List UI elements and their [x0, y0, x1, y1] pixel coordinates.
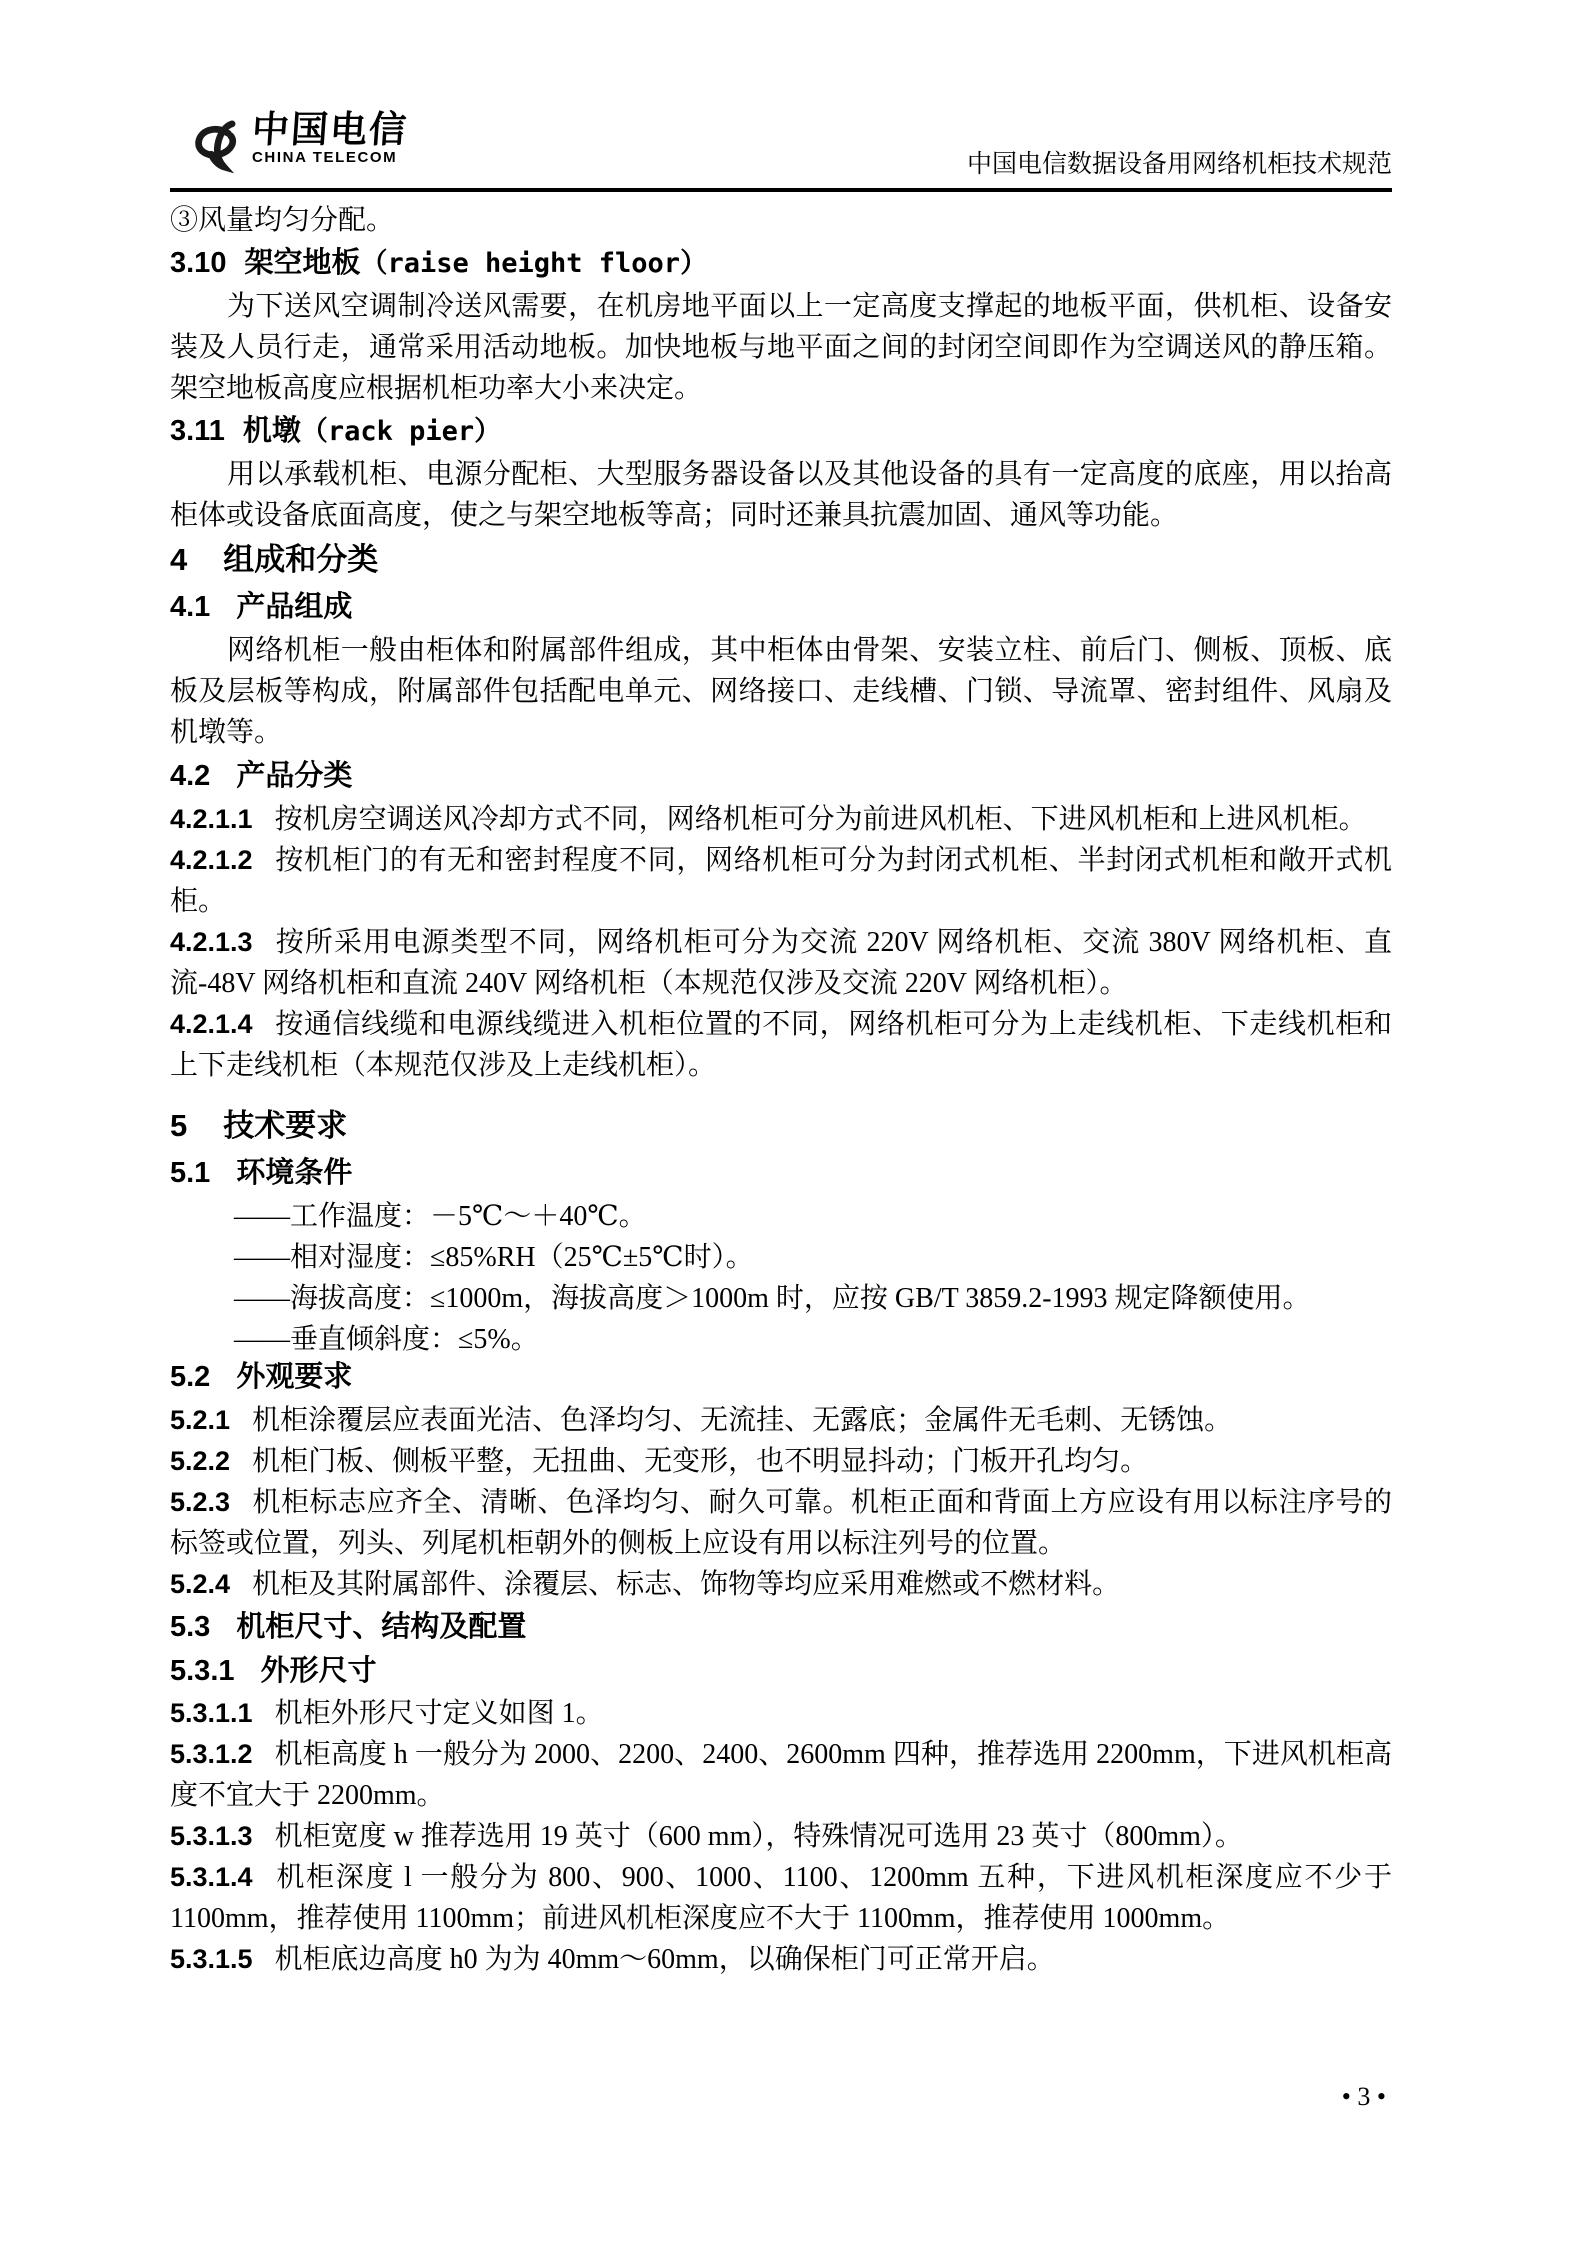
heading-title: 技术要求 — [223, 1108, 347, 1143]
heading-3-10: 3.10架空地板（raise height floor） — [170, 241, 1392, 286]
clause-number: 5.3.1.5 — [170, 1944, 253, 1974]
clause-number: 5.2.4 — [170, 1569, 230, 1599]
clause-5-3-1-3: 5.3.1.3机柜宽度 w 推荐选用 19 英寸（600 mm），特殊情况可选用… — [170, 1816, 1392, 1857]
heading-3-11: 3.11机墩（rack pier） — [170, 409, 1392, 454]
header-document-title: 中国电信数据设备用网络机柜技术规范 — [967, 150, 1392, 180]
heading-number: 4 — [170, 542, 187, 577]
heading-title-english: （rack pier） — [301, 416, 501, 447]
clause-4-2-1-3: 4.2.1.3按所采用电源类型不同，网络机柜可分为交流 220V 网络机柜、交流… — [170, 922, 1392, 1004]
clause-number: 5.3.1.2 — [170, 1739, 253, 1769]
clause-5-2-3: 5.2.3机柜标志应齐全、清晰、色泽均匀、耐久可靠。机柜正面和背面上方应设有用以… — [170, 1482, 1392, 1564]
clause-number: 4.2.1.1 — [170, 804, 253, 834]
heading-title: 外形尺寸 — [261, 1655, 377, 1687]
clause-4-2-1-2: 4.2.1.2按机柜门的有无和密封程度不同，网络机柜可分为封闭式机柜、半封闭式机… — [170, 840, 1392, 922]
heading-number: 3.11 — [170, 415, 225, 447]
clause-text: 机柜外形尺寸定义如图 1。 — [275, 1698, 604, 1729]
clause-text: 按机房空调送风冷却方式不同，网络机柜可分为前进风机柜、下进风机柜和上进风机柜。 — [275, 804, 1367, 835]
china-telecom-logo: 中国电信 CHINA TELECOM — [192, 110, 408, 176]
clause-number: 4.2.1.2 — [170, 845, 253, 875]
heading-5-1: 5.1环境条件 — [170, 1150, 1392, 1196]
heading-number: 3.10 — [170, 247, 226, 279]
heading-title-english: （raise height floor） — [360, 248, 707, 279]
env-condition-temperature: ——工作温度：－5℃～＋40℃。 — [170, 1196, 1392, 1237]
logo-text-block: 中国电信 CHINA TELECOM — [252, 110, 408, 166]
heading-5: 5技术要求 — [170, 1102, 1392, 1150]
heading-number: 4.1 — [170, 591, 210, 623]
env-condition-humidity: ——相对湿度：≤85%RH（25℃±5℃时）。 — [170, 1237, 1392, 1278]
heading-title: 架空地板 — [244, 247, 360, 279]
clause-number: 4.2.1.4 — [170, 1009, 253, 1039]
heading-4-1: 4.1产品组成 — [170, 584, 1392, 630]
heading-title: 机墩 — [243, 415, 301, 447]
paragraph-3-11: 用以承载机柜、电源分配柜、大型服务器设备以及其他设备的具有一定高度的底座，用以抬… — [170, 454, 1392, 536]
clause-number: 5.3.1.4 — [170, 1862, 253, 1892]
heading-number: 4.2 — [170, 760, 210, 792]
clause-text: 按所采用电源类型不同，网络机柜可分为交流 220V 网络机柜、交流 380V 网… — [170, 927, 1392, 999]
heading-title: 机柜尺寸、结构及配置 — [236, 1611, 526, 1643]
clause-text: 机柜高度 h 一般分为 2000、2200、2400、2600mm 四种，推荐选… — [170, 1739, 1392, 1811]
clause-text: 机柜底边高度 h0 为为 40mm～60mm，以确保柜门可正常开启。 — [275, 1944, 1055, 1975]
clause-number: 5.2.3 — [170, 1487, 230, 1517]
clause-text: 按机柜门的有无和密封程度不同，网络机柜可分为封闭式机柜、半封闭式机柜和敞开式机柜… — [170, 845, 1392, 917]
clause-5-3-1-2: 5.3.1.2机柜高度 h 一般分为 2000、2200、2400、2600mm… — [170, 1734, 1392, 1816]
heading-title: 环境条件 — [236, 1157, 352, 1189]
env-condition-altitude: ——海拔高度：≤1000m，海拔高度＞1000m 时，应按 GB/T 3859.… — [170, 1278, 1392, 1319]
clause-number: 5.2.2 — [170, 1446, 230, 1476]
logo-chinese-name: 中国电信 — [251, 110, 410, 148]
heading-title: 外观要求 — [236, 1361, 352, 1393]
clause-5-3-1-4: 5.3.1.4机柜深度 l 一般分为 800、900、1000、1100、120… — [170, 1857, 1392, 1939]
clause-4-2-1-4: 4.2.1.4按通信线缆和电源线缆进入机柜位置的不同，网络机柜可分为上走线机柜、… — [170, 1004, 1392, 1086]
heading-5-3-1: 5.3.1外形尺寸 — [170, 1649, 1392, 1693]
clause-text: 机柜涂覆层应表面光洁、色泽均匀、无流挂、无露底；金属件无毛刺、无锈蚀。 — [252, 1405, 1232, 1436]
heading-4: 4组成和分类 — [170, 536, 1392, 584]
paragraph-3-10: 为下送风空调制冷送风需要，在机房地平面以上一定高度支撑起的地板平面，供机柜、设备… — [170, 286, 1392, 409]
heading-title: 组成和分类 — [223, 542, 378, 577]
clause-number: 5.3.1.3 — [170, 1821, 253, 1851]
heading-title: 产品组成 — [236, 591, 352, 623]
heading-number: 5.3.1 — [170, 1655, 235, 1687]
page-number: • 3 • — [1342, 2082, 1386, 2112]
heading-5-3: 5.3机柜尺寸、结构及配置 — [170, 1605, 1392, 1649]
document-page: 中国电信 CHINA TELECOM 中国电信数据设备用网络机柜技术规范 ③风量… — [0, 0, 1586, 2244]
header-divider — [170, 188, 1392, 192]
logo-english-name: CHINA TELECOM — [252, 149, 408, 166]
clause-text: 机柜门板、侧板平整，无扭曲、无变形，也不明显抖动；门板开孔均匀。 — [252, 1446, 1148, 1477]
paragraph-4-1: 网络机柜一般由柜体和附属部件组成，其中柜体由骨架、安装立柱、前后门、侧板、顶板、… — [170, 630, 1392, 753]
clause-number: 4.2.1.3 — [170, 927, 253, 957]
heading-number: 5.2 — [170, 1361, 210, 1393]
clause-4-2-1-1: 4.2.1.1按机房空调送风冷却方式不同，网络机柜可分为前进风机柜、下进风机柜和… — [170, 799, 1392, 840]
clause-text: 机柜标志应齐全、清晰、色泽均匀、耐久可靠。机柜正面和背面上方应设有用以标注序号的… — [170, 1487, 1392, 1559]
clause-text: 机柜宽度 w 推荐选用 19 英寸（600 mm），特殊情况可选用 23 英寸（… — [275, 1821, 1243, 1852]
clause-text: 机柜及其附属部件、涂覆层、标志、饰物等均应采用难燃或不燃材料。 — [252, 1569, 1120, 1600]
china-telecom-emblem-icon — [192, 114, 244, 176]
clause-5-3-1-5: 5.3.1.5机柜底边高度 h0 为为 40mm～60mm，以确保柜门可正常开启… — [170, 1939, 1392, 1980]
heading-number: 5.1 — [170, 1157, 210, 1189]
clause-5-2-2: 5.2.2机柜门板、侧板平整，无扭曲、无变形，也不明显抖动；门板开孔均匀。 — [170, 1441, 1392, 1482]
clause-number: 5.3.1.1 — [170, 1698, 253, 1728]
heading-number: 5.3 — [170, 1611, 210, 1643]
document-body: ③风量均匀分配。 3.10架空地板（raise height floor） 为下… — [170, 200, 1392, 1980]
clause-number: 5.2.1 — [170, 1405, 230, 1435]
clause-text: 机柜深度 l 一般分为 800、900、1000、1100、1200mm 五种，… — [170, 1862, 1392, 1934]
clause-text: 按通信线缆和电源线缆进入机柜位置的不同，网络机柜可分为上走线机柜、下走线机柜和上… — [170, 1009, 1392, 1081]
clause-5-2-4: 5.2.4机柜及其附属部件、涂覆层、标志、饰物等均应采用难燃或不燃材料。 — [170, 1564, 1392, 1605]
clause-5-2-1: 5.2.1机柜涂覆层应表面光洁、色泽均匀、无流挂、无露底；金属件无毛刺、无锈蚀。 — [170, 1400, 1392, 1441]
heading-4-2: 4.2产品分类 — [170, 753, 1392, 799]
heading-number: 5 — [170, 1108, 187, 1143]
intro-line: ③风量均匀分配。 — [170, 200, 1392, 241]
heading-title: 产品分类 — [236, 760, 352, 792]
clause-5-3-1-1: 5.3.1.1机柜外形尺寸定义如图 1。 — [170, 1693, 1392, 1734]
heading-5-2: 5.2外观要求 — [170, 1354, 1392, 1400]
